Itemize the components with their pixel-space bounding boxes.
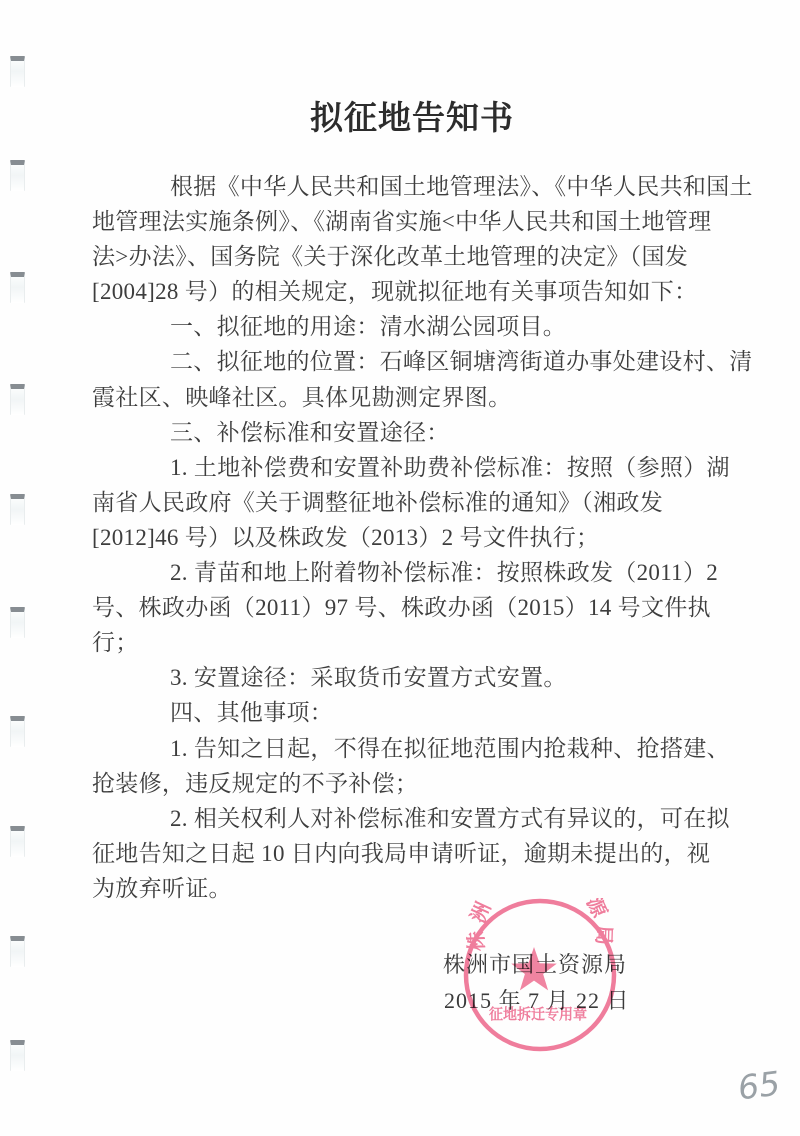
document-line: 抢装修，违反规定的不予补偿； — [92, 766, 732, 801]
seal-star-icon — [511, 947, 557, 990]
binder-hole — [10, 826, 25, 857]
document-line: 1. 告知之日起，不得在拟征地范围内抢栽种、抢搭建、 — [92, 731, 732, 766]
seal-arc-text: 株洲市国土资源局 — [464, 898, 616, 952]
document-line: 三、补偿标准和安置途径： — [92, 415, 732, 450]
document-line: 征地告知之日起 10 日内向我局申请听证，逾期未提出的，视 — [92, 836, 732, 871]
binder-hole — [10, 384, 25, 415]
scanned-document-page: 拟征地告知书 根据《中华人民共和国土地管理法》、《中华人民共和国土 地管理法实施… — [0, 0, 800, 1136]
binder-hole — [10, 56, 25, 87]
document-line: 二、拟征地的位置：石峰区铜塘湾街道办事处建设村、清 — [92, 344, 732, 379]
document-line: 行； — [92, 625, 732, 660]
document-line: 1. 土地补偿费和安置补助费补偿标准：按照（参照）湖 — [92, 450, 732, 485]
document-line: 根据《中华人民共和国土地管理法》、《中华人民共和国土 — [92, 169, 732, 204]
binder-hole — [10, 272, 25, 303]
document-line: [2004]28 号）的相关规定，现就拟征地有关事项告知如下： — [92, 274, 732, 309]
seal-banner-text: 征地拆迁专用章 — [488, 1005, 587, 1023]
binder-hole — [10, 936, 25, 967]
document-line: 法>办法》、国务院《关于深化改革土地管理的决定》（国发 — [92, 239, 732, 274]
handwritten-page-number: 65 — [736, 1064, 782, 1108]
document-line: 为放弃听证。 — [92, 871, 732, 906]
document-line: 四、其他事项： — [92, 695, 732, 730]
document-body: 根据《中华人民共和国土地管理法》、《中华人民共和国土 地管理法实施条例》、《湖南… — [92, 169, 732, 906]
document-line: 霞社区、映峰社区。具体见勘测定界图。 — [92, 380, 732, 415]
document-line: 地管理法实施条例》、《湖南省实施<中华人民共和国土地管理 — [92, 204, 732, 239]
binder-hole — [10, 716, 25, 747]
binder-hole — [10, 494, 25, 525]
document-title: 拟征地告知书 — [0, 92, 800, 139]
document-line: 一、拟征地的用途：清水湖公园项目。 — [92, 309, 732, 344]
binder-hole — [10, 1040, 25, 1071]
document-line: 2. 相关权利人对补偿标准和安置方式有异议的，可在拟 — [92, 801, 732, 836]
binder-hole — [10, 607, 25, 638]
binder-hole — [10, 160, 25, 191]
document-line: 南省人民政府《关于调整征地补偿标准的通知》（湘政发 — [92, 485, 732, 520]
document-line: [2012]46 号）以及株政发（2013）2 号文件执行； — [92, 520, 732, 555]
official-seal: 株洲市国土资源局 征地拆迁专用章 — [460, 898, 620, 1058]
document-line: 号、株政办函（2011）97 号、株政办函（2015）14 号文件执 — [92, 590, 732, 625]
document-line: 3. 安置途径：采取货币安置方式安置。 — [92, 660, 732, 695]
document-line: 2. 青苗和地上附着物补偿标准：按照株政发（2011）2 — [92, 555, 732, 590]
